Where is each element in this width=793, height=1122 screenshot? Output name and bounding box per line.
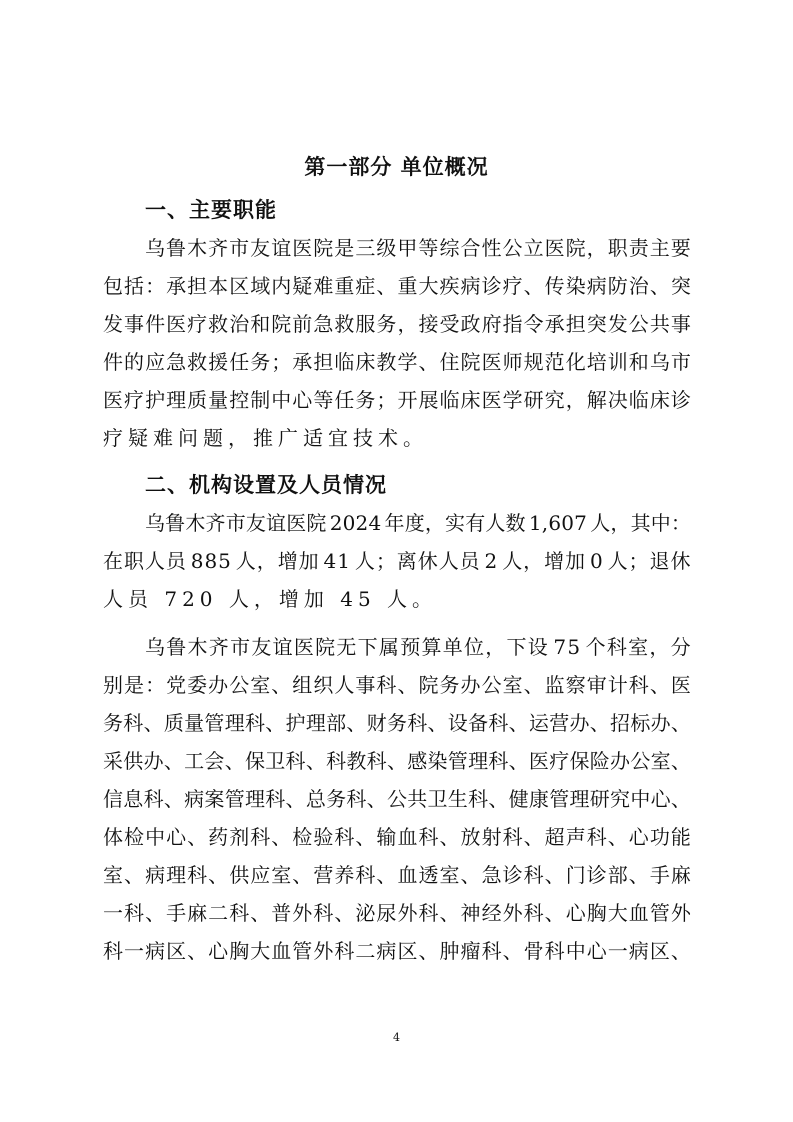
paragraph-line: 室、病理科、供应室、营养科、血透室、急诊科、门诊部、手麻 [103, 860, 691, 890]
section-heading-main-functions: 一、主要职能 [145, 195, 277, 225]
paragraph-line: 采供办、工会、保卫科、科教科、感染管理科、医疗保险办公室、 [103, 746, 691, 776]
paragraph-line: 科一病区、心胸大血管外科二病区、肿瘤科、骨科中心一病区、 [103, 936, 691, 966]
paragraph-line: 包括：承担本区域内疑难重症、重大疾病诊疗、传染病防治、突 [103, 271, 691, 301]
paragraph-line: 体检中心、药剂科、检验科、输血科、放射科、超声科、心功能 [103, 822, 691, 852]
paragraph-line: 一科、手麻二科、普外科、泌尿外科、神经外科、心胸大血管外 [103, 898, 691, 928]
paragraph-line: 乌鲁木齐市友谊医院是三级甲等综合性公立医院，职责主要 [145, 233, 691, 263]
page-number: 4 [0, 1031, 793, 1045]
section-heading-organization-staff: 二、机构设置及人员情况 [145, 470, 387, 500]
paragraph-line: 信息科、病案管理科、总务科、公共卫生科、健康管理研究中心、 [103, 784, 691, 814]
paragraph-line: 乌鲁木齐市友谊医院无下属预算单位，下设 75 个科室，分 [145, 632, 691, 662]
paragraph-line: 疗疑难问题，推广适宜技术。 [103, 423, 691, 453]
paragraph-line: 医疗护理质量控制中心等任务；开展临床医学研究，解决临床诊 [103, 385, 691, 415]
paragraph-line: 在职人员 885 人，增加 41 人；离休人员 2 人，增加 0 人；退休 [103, 546, 691, 576]
paragraph-line: 务科、质量管理科、护理部、财务科、设备科、运营办、招标办、 [103, 708, 691, 738]
page-title: 第一部分 单位概况 [0, 152, 793, 182]
paragraph-line: 乌鲁木齐市友谊医院 2024 年度，实有人数 1,607 人，其中： [145, 508, 691, 538]
paragraph-line: 件的应急救援任务；承担临床教学、住院医师规范化培训和乌市 [103, 347, 691, 377]
paragraph-line: 人员 720 人，增加 45 人。 [103, 584, 691, 614]
document-page: 第一部分 单位概况 一、主要职能 乌鲁木齐市友谊医院是三级甲等综合性公立医院，职… [0, 0, 793, 1122]
paragraph-line: 发事件医疗救治和院前急救服务，接受政府指令承担突发公共事 [103, 309, 691, 339]
paragraph-line: 别是：党委办公室、组织人事科、院务办公室、监察审计科、医 [103, 670, 691, 700]
